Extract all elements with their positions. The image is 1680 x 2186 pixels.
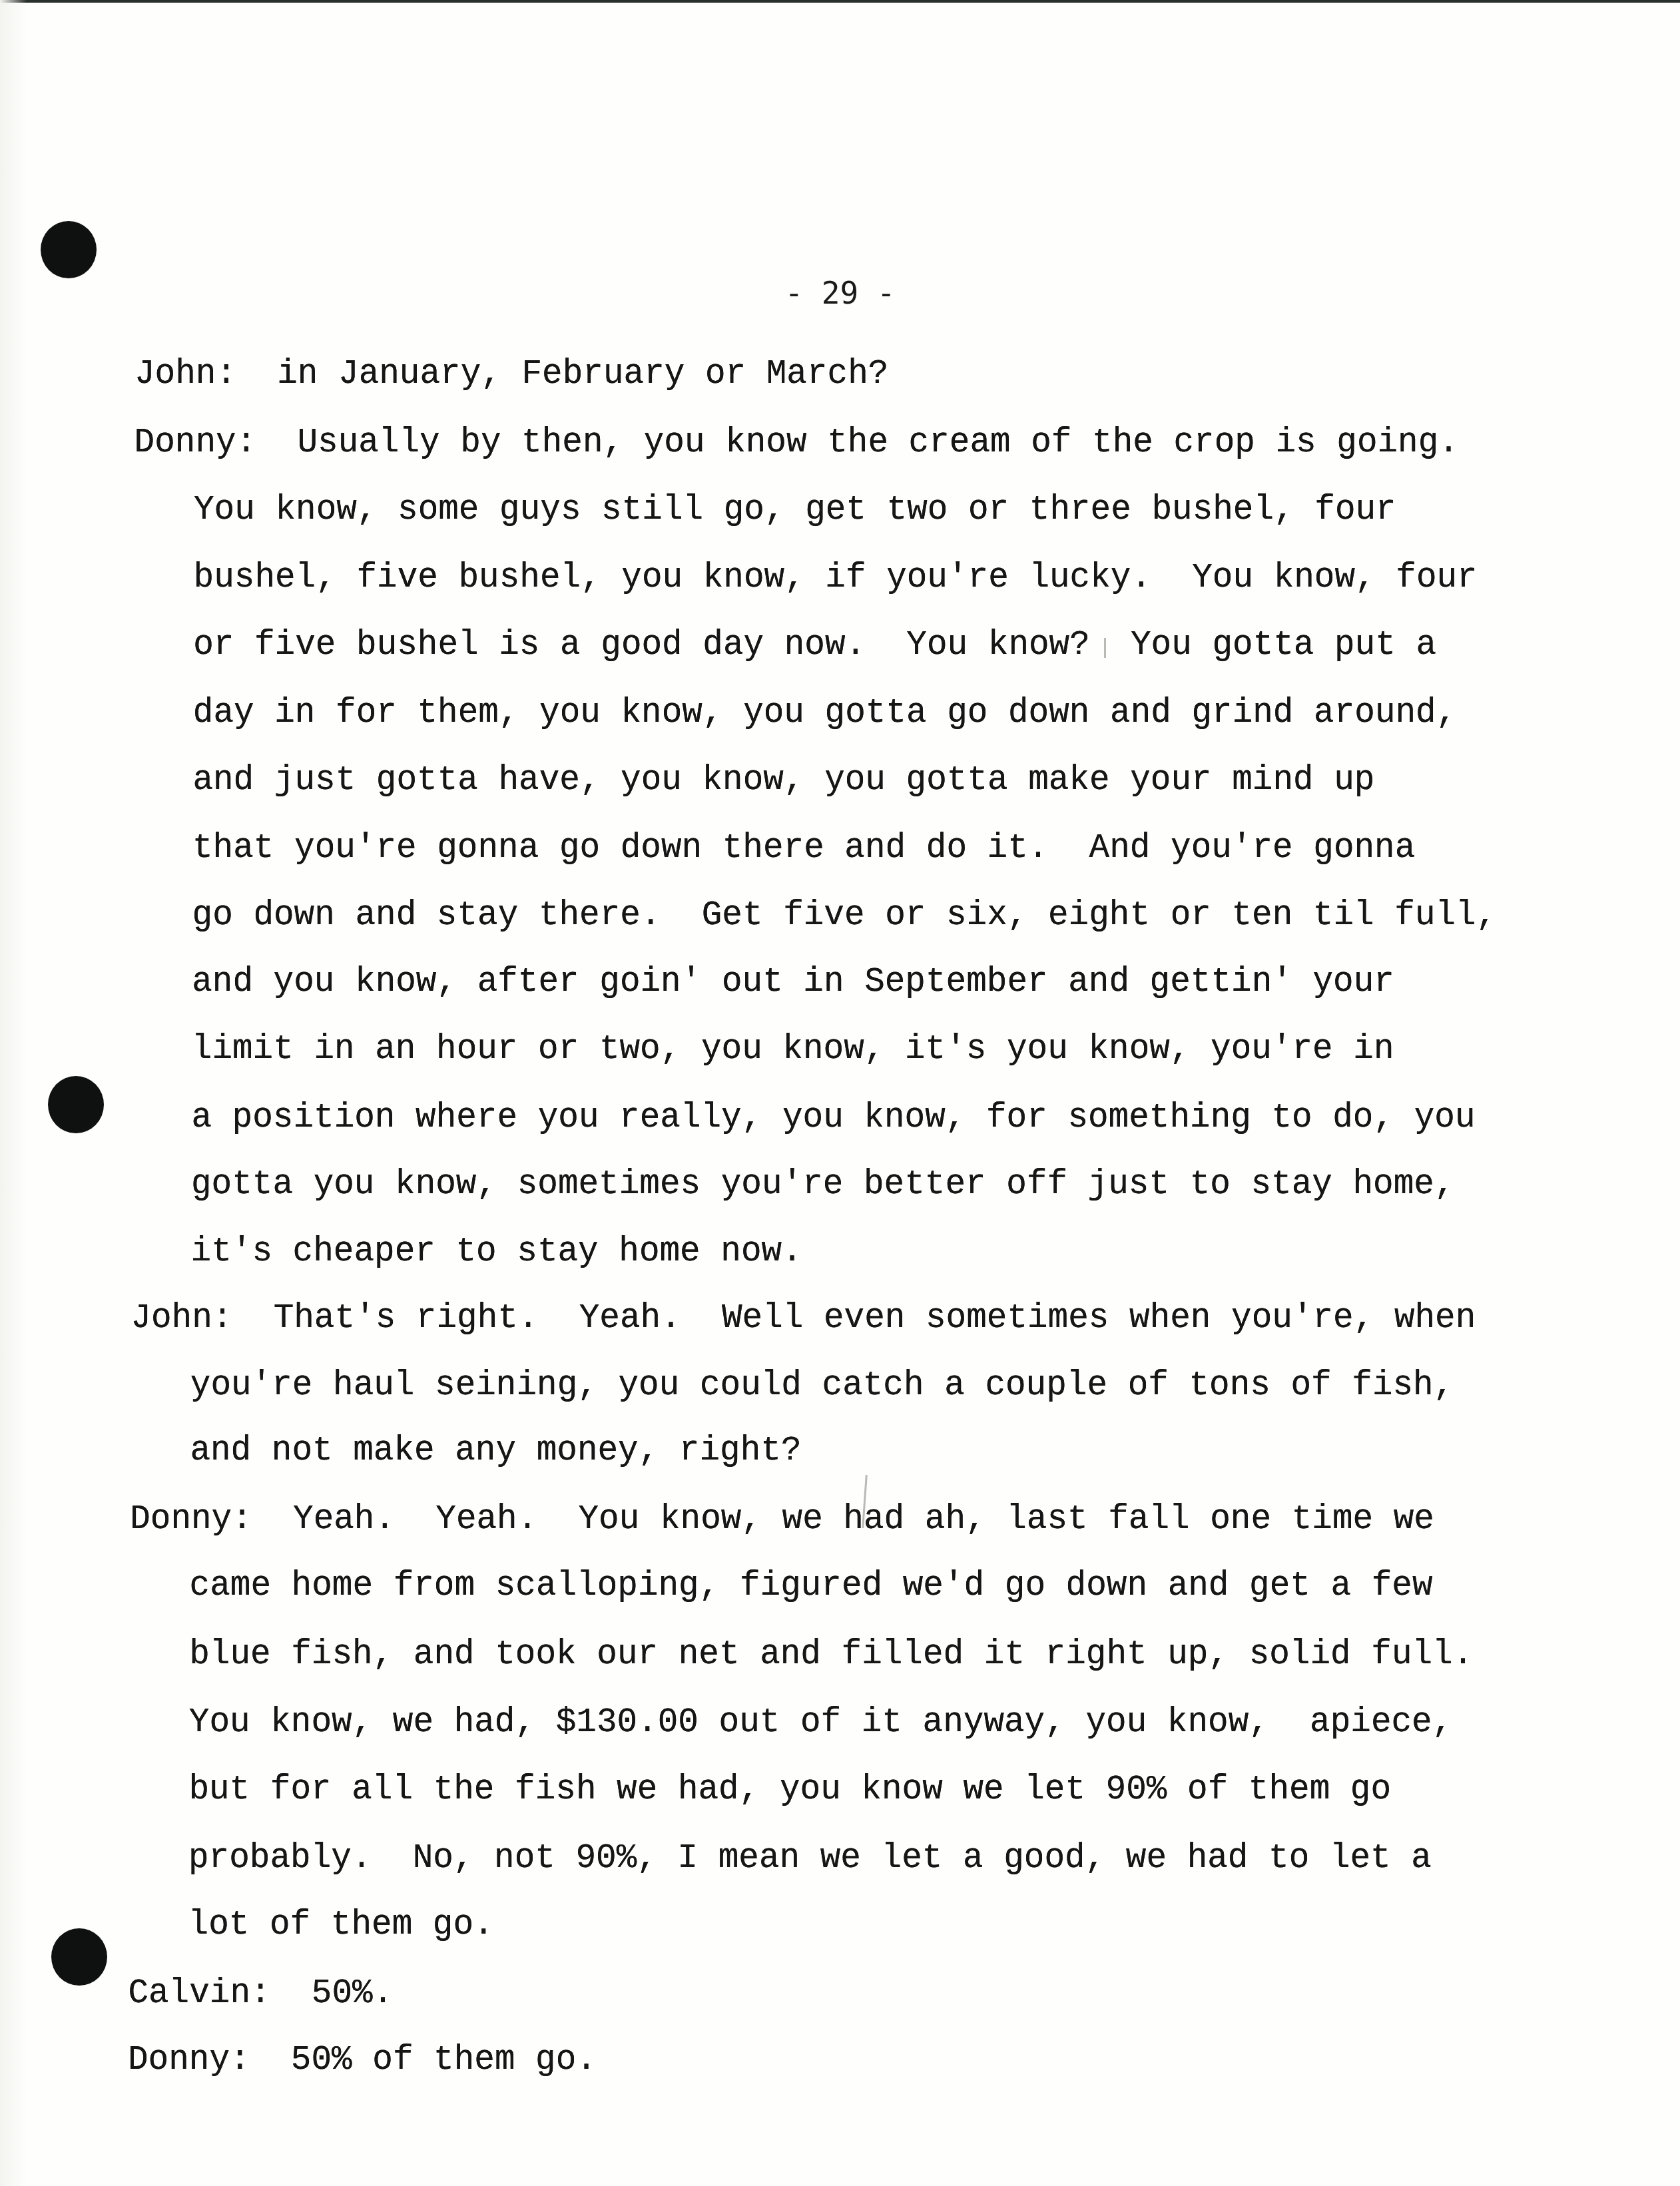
punch-hole-icon: [48, 1076, 104, 1133]
transcript-continuation-line: that you're gonna go down there and do i…: [192, 829, 1415, 869]
utterance-text: That's right. Yeah. Well even sometimes …: [232, 1300, 1476, 1338]
speaker-label: Donny:: [135, 424, 257, 462]
transcript-continuation-line: gotta you know, sometimes you're better …: [191, 1165, 1455, 1205]
page-left-shadow: [0, 0, 27, 2186]
transcript-continuation-line: blue fish, and took our net and filled i…: [189, 1635, 1473, 1675]
transcript-turn-line: Donny: Yeah. Yeah. You know, we had ah, …: [130, 1500, 1434, 1540]
utterance-text: in January, February or March?: [236, 356, 888, 394]
transcript-continuation-line: a position where you really, you know, f…: [191, 1099, 1475, 1139]
stray-mark: [1104, 638, 1106, 658]
transcript-continuation-line: or five bushel is a good day now. You kn…: [193, 626, 1436, 666]
speaker-label: John:: [131, 1300, 232, 1338]
punch-hole-icon: [51, 1928, 107, 1986]
utterance-text: 50% of them go.: [250, 2042, 597, 2079]
transcript-continuation-line: You know, some guys still go, get two or…: [194, 491, 1396, 531]
transcript-continuation-line: probably. No, not 90%, I mean we let a g…: [188, 1839, 1432, 1879]
transcript-continuation-line: bushel, five bushel, you know, if you're…: [194, 559, 1478, 599]
transcript-turn-line: Donny: Usually by then, you know the cre…: [135, 423, 1459, 463]
utterance-text: 50%.: [271, 1975, 394, 2013]
transcript-continuation-line: and you know, after goin' out in Septemb…: [192, 963, 1394, 1003]
transcript-continuation-line: go down and stay there. Get five or six,…: [192, 896, 1497, 936]
transcript-turn-line: Donny: 50% of them go.: [128, 2041, 597, 2081]
speaker-label: Calvin:: [128, 1975, 270, 2013]
utterance-text: Usually by then, you know the cream of t…: [256, 424, 1459, 462]
transcript-turn-line: Calvin: 50%.: [128, 1974, 393, 2014]
transcript-continuation-line: it's cheaper to stay home now.: [191, 1232, 802, 1272]
transcript-turn-line: John: in January, February or March?: [135, 355, 888, 395]
transcript-continuation-line: day in for them, you know, you gotta go …: [193, 694, 1457, 734]
utterance-text: Yeah. Yeah. You know, we had ah, last fa…: [252, 1501, 1434, 1539]
transcript-continuation-line: limit in an hour or two, you know, it's …: [192, 1030, 1394, 1070]
transcript-continuation-line: and just gotta have, you know, you gotta…: [192, 761, 1374, 801]
punch-hole-icon: [41, 221, 97, 278]
speaker-label: Donny:: [128, 2042, 250, 2079]
speaker-label: Donny:: [130, 1501, 252, 1539]
speaker-label: John:: [135, 356, 236, 394]
transcript-turn-line: John: That's right. Yeah. Well even some…: [131, 1299, 1476, 1339]
page-number: - 29 -: [0, 273, 1680, 313]
transcript-continuation-line: you're haul seining, you could catch a c…: [190, 1366, 1454, 1406]
transcript-continuation-line: and not make any money, right?: [190, 1432, 801, 1472]
transcript-continuation-line: You know, we had, $130.00 out of it anyw…: [189, 1703, 1453, 1743]
transcript-continuation-line: lot of them go.: [188, 1906, 494, 1946]
page-top-edge: [0, 0, 1680, 3]
transcript-continuation-line: came home from scalloping, figured we'd …: [190, 1567, 1433, 1607]
transcript-continuation-line: but for all the fish we had, you know we…: [188, 1771, 1391, 1810]
